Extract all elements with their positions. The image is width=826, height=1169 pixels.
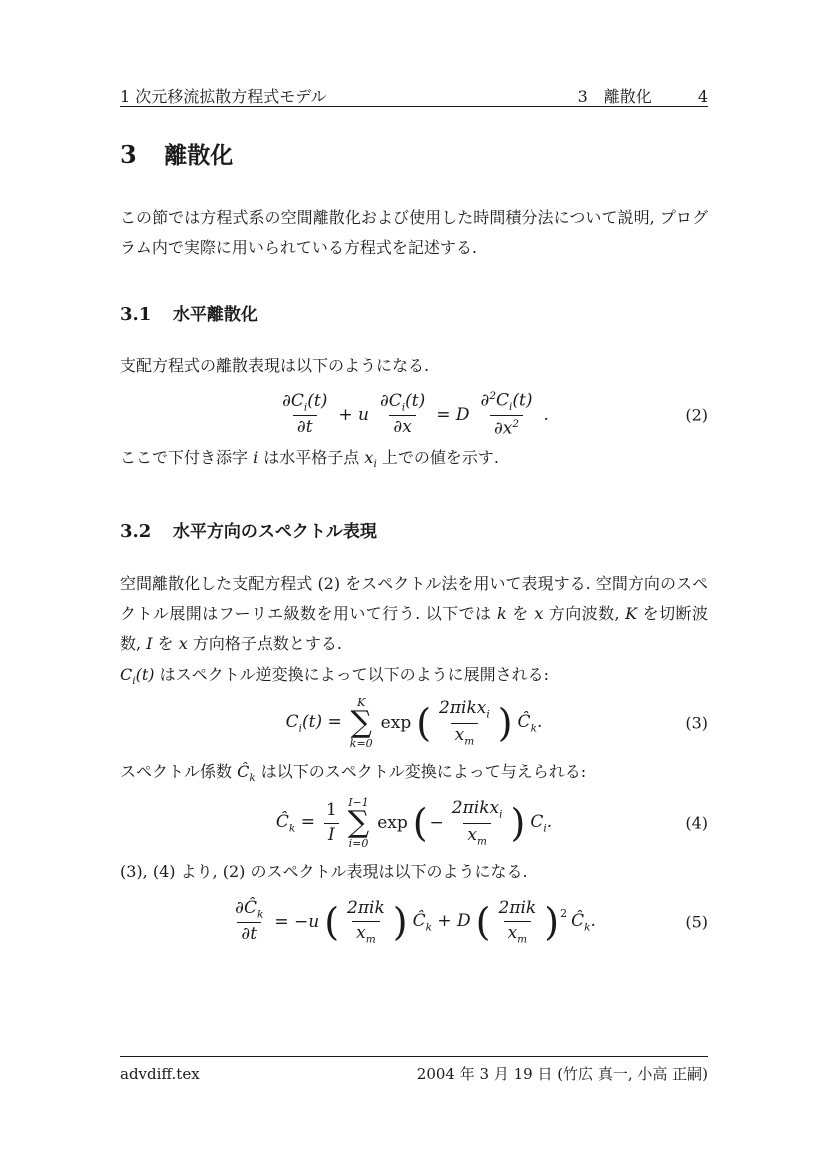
minus-sign: −: [430, 813, 444, 833]
math-sub: k: [426, 921, 432, 933]
math-token: = −u: [274, 912, 319, 932]
paragraph-after-eq2: ここで下付き添字 i は水平格子点 xi 上での値を示す.: [120, 443, 708, 479]
math-token: x: [467, 825, 477, 845]
math-token: ∂: [282, 391, 291, 411]
header-section-title: 離散化: [604, 84, 652, 107]
math-token: 2πik: [452, 798, 490, 818]
denominator: xm: [451, 723, 479, 747]
denominator: xm: [352, 921, 380, 945]
math-token: Ĉ: [237, 762, 249, 781]
math-token: (t): [307, 391, 327, 411]
math-token: Ci.: [530, 812, 552, 834]
text-run: を: [153, 634, 179, 653]
math-token: x: [490, 798, 500, 818]
numerator: ∂Ci(t): [376, 392, 429, 415]
subsection-3-2-heading: 3.2 水平方向のスペクトル表現: [120, 517, 377, 542]
right-paren: ): [498, 706, 513, 740]
squared-paren: )2: [543, 905, 567, 939]
sigma-symbol: ∑: [348, 810, 369, 836]
equation-tag: (3): [685, 714, 708, 733]
math-inline: Ĉk: [237, 762, 256, 781]
math-token: x: [356, 923, 366, 943]
header-section-number: 3: [578, 87, 588, 106]
minus-sign: −: [294, 912, 308, 932]
math-sup: 2: [512, 418, 519, 430]
left-paren: (: [416, 706, 431, 740]
denominator: I: [324, 823, 339, 846]
numerator: 2πikxi: [448, 799, 507, 822]
math-inline: xi: [364, 448, 376, 467]
math-token: .: [544, 405, 549, 425]
text-run: スペクトル係数: [120, 762, 237, 781]
math-token: Ĉ: [413, 911, 426, 931]
math-token: C: [496, 391, 509, 411]
plus-sign: +: [338, 405, 352, 425]
math-token: Ĉk =: [276, 812, 315, 834]
document-page: 1 次元移流拡散方程式モデル 3 離散化 4 3 離散化 この節では方程式系の空…: [0, 0, 826, 1169]
math-token: Ĉk.: [571, 911, 596, 933]
left-paren: (: [413, 806, 428, 840]
math-token: (t): [405, 391, 425, 411]
footer-date-authors: 2004 年 3 月 19 日 (竹広 真一, 小高 正嗣): [417, 1063, 708, 1084]
header-rule: [120, 106, 708, 107]
math-token: Ĉ: [571, 911, 584, 931]
text-run: ここで下付き添字: [120, 448, 253, 467]
math-token: ∂: [235, 898, 244, 918]
math-token: (t): [302, 712, 322, 732]
text-run: はスペクトル逆変換によって以下のように展開される:: [155, 665, 549, 684]
math-sub: m: [464, 735, 474, 747]
math-token: D: [457, 911, 471, 931]
equation-2: ∂Ci(t) ∂t + u ∂Ci(t) ∂x = D ∂2Ci(t) ∂x2 …: [120, 385, 708, 445]
math-sub: m: [517, 933, 527, 945]
equation-3: Ci(t) = K ∑ k=0 exp ( 2πikxi xm ) Ĉk. (3…: [120, 693, 708, 753]
numerator: 1: [322, 801, 341, 823]
text-run: は水平格子点: [258, 448, 364, 467]
left-paren: (: [324, 905, 339, 939]
math-token: Ĉ: [244, 898, 257, 918]
numerator: ∂Ĉk: [231, 899, 267, 922]
math-token: x: [477, 698, 487, 718]
footer: advdiff.tex 2004 年 3 月 19 日 (竹広 真一, 小高 正…: [120, 1063, 708, 1084]
left-paren: (: [476, 905, 491, 939]
footer-filename: advdiff.tex: [120, 1065, 200, 1083]
section-number: 3: [120, 140, 137, 169]
right-paren: ): [510, 806, 525, 840]
exp-function: exp: [377, 813, 408, 833]
subsection-title: 水平方向のスペクトル表現: [173, 522, 377, 542]
math-sub: m: [366, 933, 376, 945]
math-sub: k: [257, 908, 263, 920]
fraction: 2πik xm: [495, 899, 541, 945]
fraction: 2πik xm: [343, 899, 389, 945]
denominator: ∂x2: [490, 415, 523, 439]
paragraph-inverse-transform: Ci(t) はスペクトル逆変換によって以下のように展開される:: [120, 660, 708, 696]
math-token: Ĉ: [276, 812, 289, 832]
sum-lower-limit: k=0: [350, 738, 373, 749]
text-run: 方向波数,: [543, 604, 625, 623]
equals-sign: =: [436, 405, 450, 425]
math-token: Ĉk.: [518, 712, 543, 734]
equals-sign: =: [328, 712, 342, 732]
subsection-number: 3.1: [120, 304, 151, 325]
sum-lower-limit: i=0: [349, 838, 369, 849]
right-paren: ): [393, 905, 408, 939]
math-token: Ĉk + D: [413, 911, 471, 933]
math-token: C: [530, 812, 543, 832]
math-token: C: [389, 391, 402, 411]
text-run: を: [507, 604, 535, 623]
fraction: 2πikxi xm: [435, 699, 494, 747]
text-run: 上での値を示す.: [377, 448, 499, 467]
plus-sign: +: [437, 911, 451, 931]
section-title: 離散化: [164, 143, 233, 169]
paragraph-from-3-4: (3), (4) より, (2) のスペクトル表現は以下のようになる.: [120, 857, 708, 887]
numerator: 2πikxi: [435, 699, 494, 722]
equation-4: Ĉk = 1 I I−1 ∑ i=0 exp ( − 2πikxi xm ) C…: [120, 793, 708, 853]
math-sub: i: [486, 708, 489, 720]
math-token: D: [456, 405, 470, 425]
math-token: C: [120, 665, 132, 684]
header-right-group: 3 離散化 4: [578, 84, 708, 107]
math-token: (t): [512, 391, 532, 411]
sigma-symbol: ∑: [351, 710, 372, 736]
text-run: 方向格子点数とする.: [188, 634, 342, 653]
fraction: ∂Ĉk ∂t: [231, 899, 267, 945]
paragraph-spectral: 空間離散化した支配方程式 (2) をスペクトル法を用いて表現する. 空間方向のス…: [120, 569, 708, 659]
math-inline: x: [179, 634, 188, 653]
fraction: ∂2Ci(t) ∂x2: [477, 390, 537, 439]
denominator: ∂x: [389, 415, 415, 438]
math-inline: K: [625, 604, 637, 623]
math-token: Ĉ: [518, 712, 531, 732]
section-heading: 3 離散化: [120, 137, 233, 170]
numerator: 2πik: [343, 899, 389, 921]
math-sub: m: [477, 835, 487, 847]
equation-5: ∂Ĉk ∂t = −u ( 2πik xm ) Ĉk + D ( 2πik xm…: [120, 892, 708, 952]
math-sub: i: [499, 808, 502, 820]
math-token: + u: [338, 405, 369, 425]
fraction: ∂Ci(t) ∂t: [278, 392, 331, 438]
math-token: x: [455, 725, 465, 745]
summation: K ∑ k=0: [350, 697, 373, 749]
header-left-title: 1 次元移流拡散方程式モデル: [120, 84, 326, 107]
denominator: ∂t: [237, 922, 261, 945]
math-sup: 2: [560, 907, 567, 920]
right-paren: ): [544, 905, 559, 939]
math-inline: Ci(t): [120, 665, 155, 684]
subsection-3-1-heading: 3.1 水平離散化: [120, 300, 258, 325]
math-token: C: [286, 712, 299, 732]
subsection-title: 水平離散化: [173, 305, 258, 325]
math-token: x: [508, 923, 518, 943]
equation-tag: (5): [685, 913, 708, 932]
math-token: u: [308, 912, 319, 932]
math-token: .: [547, 812, 552, 832]
math-token: .: [590, 911, 595, 931]
fraction: 1 I: [322, 801, 341, 845]
equation-tag: (4): [685, 814, 708, 833]
math-token: C: [291, 391, 304, 411]
fraction: 2πikxi xm: [448, 799, 507, 847]
denominator: ∂t: [293, 415, 317, 438]
numerator: ∂2Ci(t): [477, 390, 537, 415]
equals-sign: =: [274, 912, 288, 932]
math-token: Ci(t) =: [286, 712, 342, 734]
math-token: u: [358, 405, 369, 425]
math-token: (t): [136, 665, 155, 684]
math-token: .: [537, 712, 542, 732]
header-page-number: 4: [698, 87, 708, 106]
math-token: 2πik: [439, 698, 477, 718]
numerator: ∂Ci(t): [278, 392, 331, 415]
denominator: xm: [463, 823, 491, 847]
summation: I−1 ∑ i=0: [348, 797, 369, 849]
math-sub: k: [289, 822, 295, 834]
paragraph-coefficient: スペクトル係数 Ĉk は以下のスペクトル変換によって与えられる:: [120, 757, 708, 793]
math-inline: x: [534, 604, 543, 623]
exp-function: exp: [381, 713, 412, 733]
subsection-number: 3.2: [120, 521, 151, 542]
denominator: xm: [504, 921, 532, 945]
paragraph-governing: 支配方程式の離散表現は以下のようになる.: [120, 351, 708, 381]
math-token: = D: [436, 405, 469, 425]
footer-rule: [120, 1056, 708, 1057]
math-token: ∂: [380, 391, 389, 411]
equation-tag: (2): [685, 406, 708, 425]
running-header: 1 次元移流拡散方程式モデル 3 離散化 4: [120, 84, 708, 107]
math-inline: k: [497, 604, 507, 623]
paragraph-intro: この節では方程式系の空間離散化および使用した時間積分法について説明, プログラム…: [120, 203, 708, 263]
numerator: 2πik: [495, 899, 541, 921]
math-token: ∂x: [494, 419, 512, 439]
equals-sign: =: [301, 812, 315, 832]
text-run: は以下のスペクトル変換によって与えられる:: [256, 762, 586, 781]
fraction: ∂Ci(t) ∂x: [376, 392, 429, 438]
